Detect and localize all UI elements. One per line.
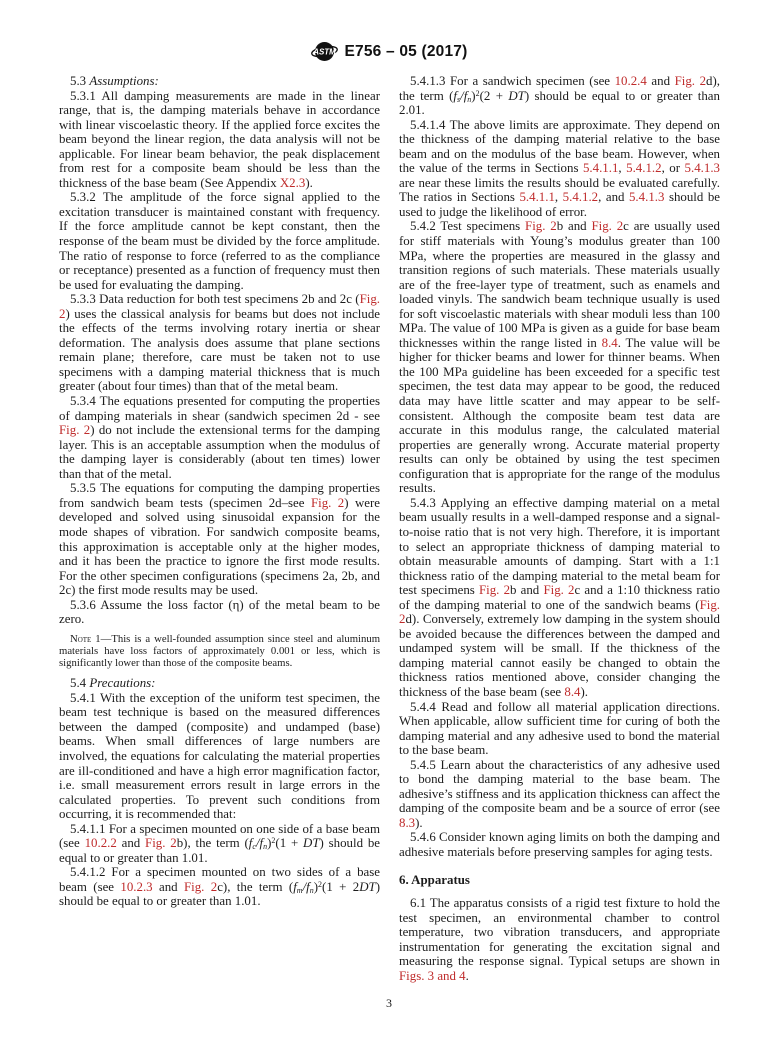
text-run: 5.4.1 With the exception of the uniform …: [59, 691, 380, 821]
text-run: 6.1 The apparatus consists of a rigid te…: [399, 896, 720, 968]
text-run: and: [117, 836, 145, 850]
text-run: DT: [303, 836, 319, 850]
text-run: c are usually used for stiff materials w…: [399, 219, 720, 349]
text-run: . The value will be higher for thicker b…: [399, 336, 720, 495]
ref-link[interactable]: 5.4.1.3: [629, 190, 664, 204]
text-run: DT: [359, 880, 375, 894]
ref-link[interactable]: Fig. 2: [479, 583, 510, 597]
para-5-4-6: 5.4.6 Consider known aging limits on bot…: [399, 830, 720, 859]
document-page: ASTM E756 – 05 (2017) 5.3 Assumptions:5.…: [0, 0, 778, 1041]
para-5-4-1-4: 5.4.1.4 The above limits are approximate…: [399, 118, 720, 220]
ref-link[interactable]: 8.4: [564, 685, 580, 699]
ref-link[interactable]: Fig. 2: [591, 219, 623, 233]
ref-link[interactable]: Figs. 3 and 4: [399, 969, 466, 983]
text-run: 5.4.6 Consider known aging limits on bot…: [399, 830, 720, 859]
para-6-1: 6.1 The apparatus consists of a rigid te…: [399, 896, 720, 983]
text-run: 5.3.6 Assume the loss factor (η) of the …: [59, 598, 380, 627]
ref-link[interactable]: 8.4: [602, 336, 618, 350]
text-run: , and: [598, 190, 629, 204]
para-5-4-5: 5.4.5 Learn about the characteristics of…: [399, 758, 720, 831]
document-header: ASTM E756 – 05 (2017): [0, 38, 778, 65]
ref-link[interactable]: 5.4.1.1: [583, 161, 618, 175]
para-5-4-2: 5.4.2 Test specimens Fig. 2b and Fig. 2c…: [399, 219, 720, 495]
text-run: ) were developed and solved using sinuso…: [59, 496, 380, 597]
text-run: c), the term (: [217, 880, 293, 894]
column-right: 5.4.1.3 For a sandwich specimen (see 10.…: [399, 74, 720, 983]
text-run: /f: [303, 880, 310, 894]
para-5-3-2: 5.3.2 The amplitude of the force signal …: [59, 190, 380, 292]
para-5-3-5: 5.3.5 The equations for computing the da…: [59, 481, 380, 597]
text-run: 5.4.3 Applying an effective damping mate…: [399, 496, 720, 597]
astm-logo-icon: ASTM: [311, 38, 338, 65]
text-run: 5.3.3 Data reduction for both test speci…: [70, 292, 360, 306]
text-run: b), the term (: [177, 836, 249, 850]
text-run: b and: [557, 219, 592, 233]
text-run: ) uses the classical analysis for beams …: [59, 307, 380, 394]
para-5-3-6: 5.3.6 Assume the loss factor (η) of the …: [59, 598, 380, 627]
ref-link[interactable]: Fig. 2: [675, 74, 706, 88]
text-run: 5.4.1.3 For a sandwich specimen (see: [410, 74, 615, 88]
text-run: Assumptions:: [89, 74, 158, 88]
ref-link[interactable]: 5.4.1.3: [685, 161, 720, 175]
ref-link[interactable]: 5.4.1.1: [519, 190, 554, 204]
text-run: 5.3.2 The amplitude of the force signal …: [59, 190, 380, 291]
ref-link[interactable]: Fig. 2: [59, 423, 90, 437]
para-5-4: 5.4 Precautions:: [59, 676, 380, 691]
ref-link[interactable]: Fig. 2: [525, 219, 557, 233]
text-run: , or: [662, 161, 685, 175]
ref-link[interactable]: Fig. 2: [184, 880, 217, 894]
column-left: 5.3 Assumptions:5.3.1 All damping measur…: [59, 74, 380, 909]
para-5-4-1-2: 5.4.1.2 For a specimen mounted on two si…: [59, 865, 380, 909]
text-run: and: [647, 74, 675, 88]
heading-6: 6. Apparatus: [399, 873, 720, 888]
ref-link[interactable]: X2.3: [280, 176, 305, 190]
ref-link[interactable]: 5.4.1.2: [563, 190, 598, 204]
ref-link[interactable]: Fig. 2: [311, 496, 344, 510]
text-run: ).: [415, 816, 423, 830]
text-run: .: [466, 969, 469, 983]
text-run: 5.4: [70, 676, 89, 690]
para-5-4-4: 5.4.4 Read and follow all material appli…: [399, 700, 720, 758]
text-run: 6. Apparatus: [399, 873, 470, 887]
text-run: (1 +: [275, 836, 303, 850]
text-run: 5.4.2 Test specimens: [410, 219, 525, 233]
ref-link[interactable]: 10.2.3: [120, 880, 152, 894]
text-run: Precautions:: [89, 676, 155, 690]
note-1: Note 1—This is a well-founded assumption…: [59, 633, 380, 669]
text-run: 5.3.4 The equations presented for comput…: [59, 394, 380, 423]
text-run: ,: [618, 161, 626, 175]
text-run: ).: [305, 176, 313, 190]
para-5-3-3: 5.3.3 Data reduction for both test speci…: [59, 292, 380, 394]
para-5-4-1-1: 5.4.1.1 For a specimen mounted on one si…: [59, 822, 380, 866]
text-run: d). Conversely, extremely low damping in…: [399, 612, 720, 699]
text-run: 5.4.5 Learn about the characteristics of…: [399, 758, 720, 816]
page-number: 3: [0, 996, 778, 1011]
text-run: (2 +: [480, 89, 509, 103]
text-run: and: [153, 880, 184, 894]
text-run: ).: [581, 685, 589, 699]
text-run: 5.4.4 Read and follow all material appli…: [399, 700, 720, 758]
text-run: 5.3.1 All damping measurements are made …: [59, 89, 380, 190]
ref-link[interactable]: 10.2.4: [615, 74, 647, 88]
ref-link[interactable]: Fig. 2: [543, 583, 574, 597]
text-run: ) do not include the extensional terms f…: [59, 423, 380, 481]
ref-link[interactable]: 5.4.1.2: [626, 161, 661, 175]
text-run: b and: [510, 583, 543, 597]
para-5-3-1: 5.3.1 All damping measurements are made …: [59, 89, 380, 191]
para-5-3-4: 5.3.4 The equations presented for comput…: [59, 394, 380, 481]
para-5-4-1: 5.4.1 With the exception of the uniform …: [59, 691, 380, 822]
para-5-3: 5.3 Assumptions:: [59, 74, 380, 89]
para-5-4-1-3: 5.4.1.3 For a sandwich specimen (see 10.…: [399, 74, 720, 118]
ref-link[interactable]: Fig. 2: [145, 836, 177, 850]
text-run: 5.3: [70, 74, 89, 88]
ref-link[interactable]: 8.3: [399, 816, 415, 830]
text-run: ,: [555, 190, 563, 204]
standard-designation: E756 – 05 (2017): [345, 43, 468, 61]
text-run: —This is a well-founded assumption since…: [59, 633, 380, 669]
svg-text:ASTM: ASTM: [312, 48, 336, 57]
text-run: DT: [508, 89, 524, 103]
text-run: Note 1: [70, 633, 101, 645]
para-5-4-3: 5.4.3 Applying an effective damping mate…: [399, 496, 720, 700]
ref-link[interactable]: 10.2.2: [85, 836, 117, 850]
text-run: (1 + 2: [322, 880, 359, 894]
